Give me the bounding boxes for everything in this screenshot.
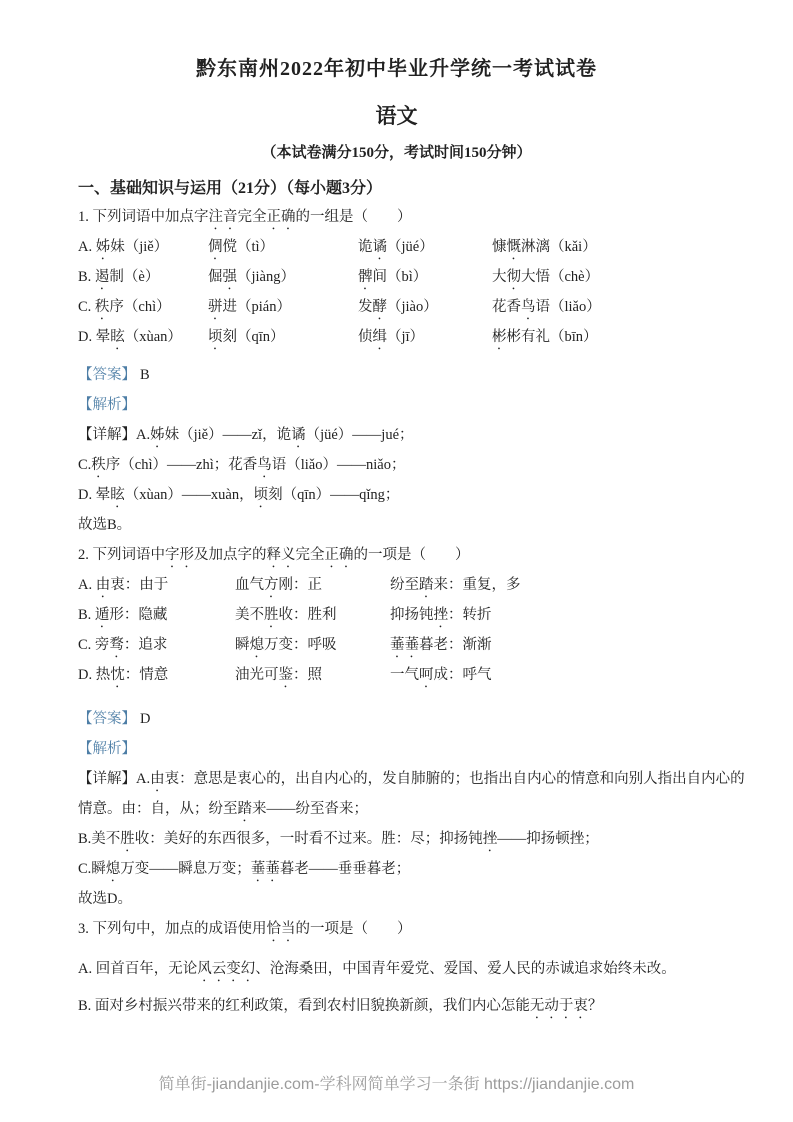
q2-b-word-1: B. 遁形：隐藏 bbox=[78, 600, 235, 630]
q2-a-word-2: 血气方刚：正 bbox=[235, 570, 390, 600]
q2-detail-line-2: 情意。由：自，从；纷至踏来——纷至沓来； bbox=[78, 794, 757, 824]
q1-b-word-3: 髀间（bì） bbox=[358, 262, 492, 292]
document-header: 黔东南州2022年初中毕业升学统一考试试卷 语文 （本试卷满分150分，考试时间… bbox=[0, 0, 793, 164]
q1-d-word-3: 侦缉（jī） bbox=[358, 322, 492, 352]
question-2-stem: 2. 下列词语中字形及加点字的释义完全正确的一项是（ ） bbox=[78, 540, 757, 570]
q1-detail-line-4: 故选B。 bbox=[78, 510, 757, 540]
q2-option-row-d: D. 热忱：情意 油光可鉴：照 一气呵成：呼气 bbox=[78, 660, 757, 690]
q2-a-word-3: 纷至踏来：重复，多 bbox=[390, 570, 521, 600]
q2-c-word-3: 菙菙暮老：渐渐 bbox=[390, 630, 492, 660]
q2-detail-line-3: B.美不胜收：美好的东西很多，一时看不过来。胜：尽；抑扬钝挫——抑扬顿挫； bbox=[78, 824, 757, 854]
analysis-label: 【解析】 bbox=[78, 397, 136, 413]
q1-d-word-4: 彬彬有礼（bīn） bbox=[492, 322, 598, 352]
q2-b-word-2: 美不胜收：胜利 bbox=[235, 600, 390, 630]
footer-watermark: 简单街-jiandanjie.com-学科网简单学习一条街 https://ji… bbox=[0, 1071, 793, 1094]
q1-c-word-2: 骈进（pián） bbox=[208, 292, 358, 322]
q1-a-word-2: 倜傥（tì） bbox=[208, 232, 358, 262]
question-1-stem: 1. 下列词语中加点字注音完全正确的一组是（ ） bbox=[78, 202, 757, 232]
q1-c-word-1: C. 秩序（chì） bbox=[78, 292, 208, 322]
q2-detail-line-5: 故选D。 bbox=[78, 884, 757, 914]
q2-a-word-1: A. 由衷：由于 bbox=[78, 570, 235, 600]
q1-detail-line-1: 【详解】A.姊妹（jiě）——zǐ，诡谲（jüé）——jué； bbox=[78, 420, 757, 450]
q2-c-word-1: C. 旁骛：追求 bbox=[78, 630, 235, 660]
q1-a-word-1: A. 姊妹（jiě） bbox=[78, 232, 208, 262]
q1-b-word-2: 倔强（jiàng） bbox=[208, 262, 358, 292]
section-one-heading: 一、基础知识与运用（21分）（每小题3分） bbox=[78, 176, 757, 202]
exam-title: 黔东南州2022年初中毕业升学统一考试试卷 bbox=[0, 56, 793, 82]
q1-b-word-1: B. 遏制（è） bbox=[78, 262, 208, 292]
q1-d-word-2: 顷刻（qīn） bbox=[208, 322, 358, 352]
q1-a-word-3: 诡谲（jüé） bbox=[358, 232, 492, 262]
q2-d-word-1: D. 热忱：情意 bbox=[78, 660, 235, 690]
q2-d-word-2: 油光可鉴：照 bbox=[235, 660, 390, 690]
q2-analysis-line: 【解析】 bbox=[78, 734, 757, 764]
q2-option-row-a: A. 由衷：由于 血气方刚：正 纷至踏来：重复，多 bbox=[78, 570, 757, 600]
question-3-stem: 3. 下列句中，加点的成语使用恰当的一项是（ ） bbox=[78, 914, 757, 944]
q2-detail-line-4: C.瞬熄万变——瞬息万变；菙菙暮老——垂垂暮老； bbox=[78, 854, 757, 884]
q2-answer-line: 【答案】D bbox=[78, 704, 757, 734]
q1-detail-line-2: C.秩序（chì）——zhì；花香鸟语（liǎo）——niǎo； bbox=[78, 450, 757, 480]
q1-c-word-3: 发酵（jiào） bbox=[358, 292, 492, 322]
analysis-label: 【解析】 bbox=[78, 741, 136, 757]
q2-option-row-c: C. 旁骛：追求 瞬熄万变：呼吸 菙菙暮老：渐渐 bbox=[78, 630, 757, 660]
exam-paper-page: 黔东南州2022年初中毕业升学统一考试试卷 语文 （本试卷满分150分，考试时间… bbox=[0, 0, 793, 1122]
q3-option-a: A. 回首百年，无论风云变幻、沧海桑田，中国青年爱党、爱国、爱人民的赤诚追求始终… bbox=[78, 954, 757, 984]
q2-d-word-3: 一气呵成：呼气 bbox=[390, 660, 492, 690]
document-body: 一、基础知识与运用（21分）（每小题3分） 1. 下列词语中加点字注音完全正确的… bbox=[0, 176, 793, 1021]
q2-option-row-b: B. 遁形：隐藏 美不胜收：胜利 抑扬钝挫：转折 bbox=[78, 600, 757, 630]
q1-option-row-b: B. 遏制（è） 倔强（jiàng） 髀间（bì） 大彻大悟（chè） bbox=[78, 262, 757, 292]
q1-c-word-4: 花香鸟语（liǎo） bbox=[492, 292, 601, 322]
q1-option-row-a: A. 姊妹（jiě） 倜傥（tì） 诡谲（jüé） 慷慨淋漓（kǎi） bbox=[78, 232, 757, 262]
q1-option-row-c: C. 秩序（chì） 骈进（pián） 发酵（jiào） 花香鸟语（liǎo） bbox=[78, 292, 757, 322]
q1-option-row-d: D. 晕眩（xùan） 顷刻（qīn） 侦缉（jī） 彬彬有礼（bīn） bbox=[78, 322, 757, 352]
q1-d-word-1: D. 晕眩（xùan） bbox=[78, 322, 208, 352]
answer-label: 【答案】 bbox=[78, 367, 136, 383]
q1-analysis-line: 【解析】 bbox=[78, 390, 757, 420]
q2-b-word-3: 抑扬钝挫：转折 bbox=[390, 600, 492, 630]
q1-detail-line-3: D. 晕眩（xùan）——xuàn，顷刻（qīn）——qǐng； bbox=[78, 480, 757, 510]
q3-option-b: B. 面对乡村振兴带来的红利政策，看到农村旧貌换新颜，我们内心怎能无动于衷？ bbox=[78, 991, 757, 1021]
q2-detail-line-1: 【详解】A.由衷：意思是衷心的，出自内心的，发自肺腑的；也指出自内心的情意和向别… bbox=[78, 764, 757, 794]
q1-a-word-4: 慷慨淋漓（kǎi） bbox=[492, 232, 597, 262]
q2-c-word-2: 瞬熄万变：呼吸 bbox=[235, 630, 390, 660]
answer-label: 【答案】 bbox=[78, 711, 136, 727]
q1-answer-value: B bbox=[140, 367, 150, 383]
q1-answer-line: 【答案】B bbox=[78, 360, 757, 390]
q2-answer-value: D bbox=[140, 711, 150, 727]
subject-title: 语文 bbox=[0, 103, 793, 129]
q1-b-word-4: 大彻大悟（chè） bbox=[492, 262, 599, 292]
exam-info-line: （本试卷满分150分，考试时间150分钟） bbox=[0, 142, 793, 164]
